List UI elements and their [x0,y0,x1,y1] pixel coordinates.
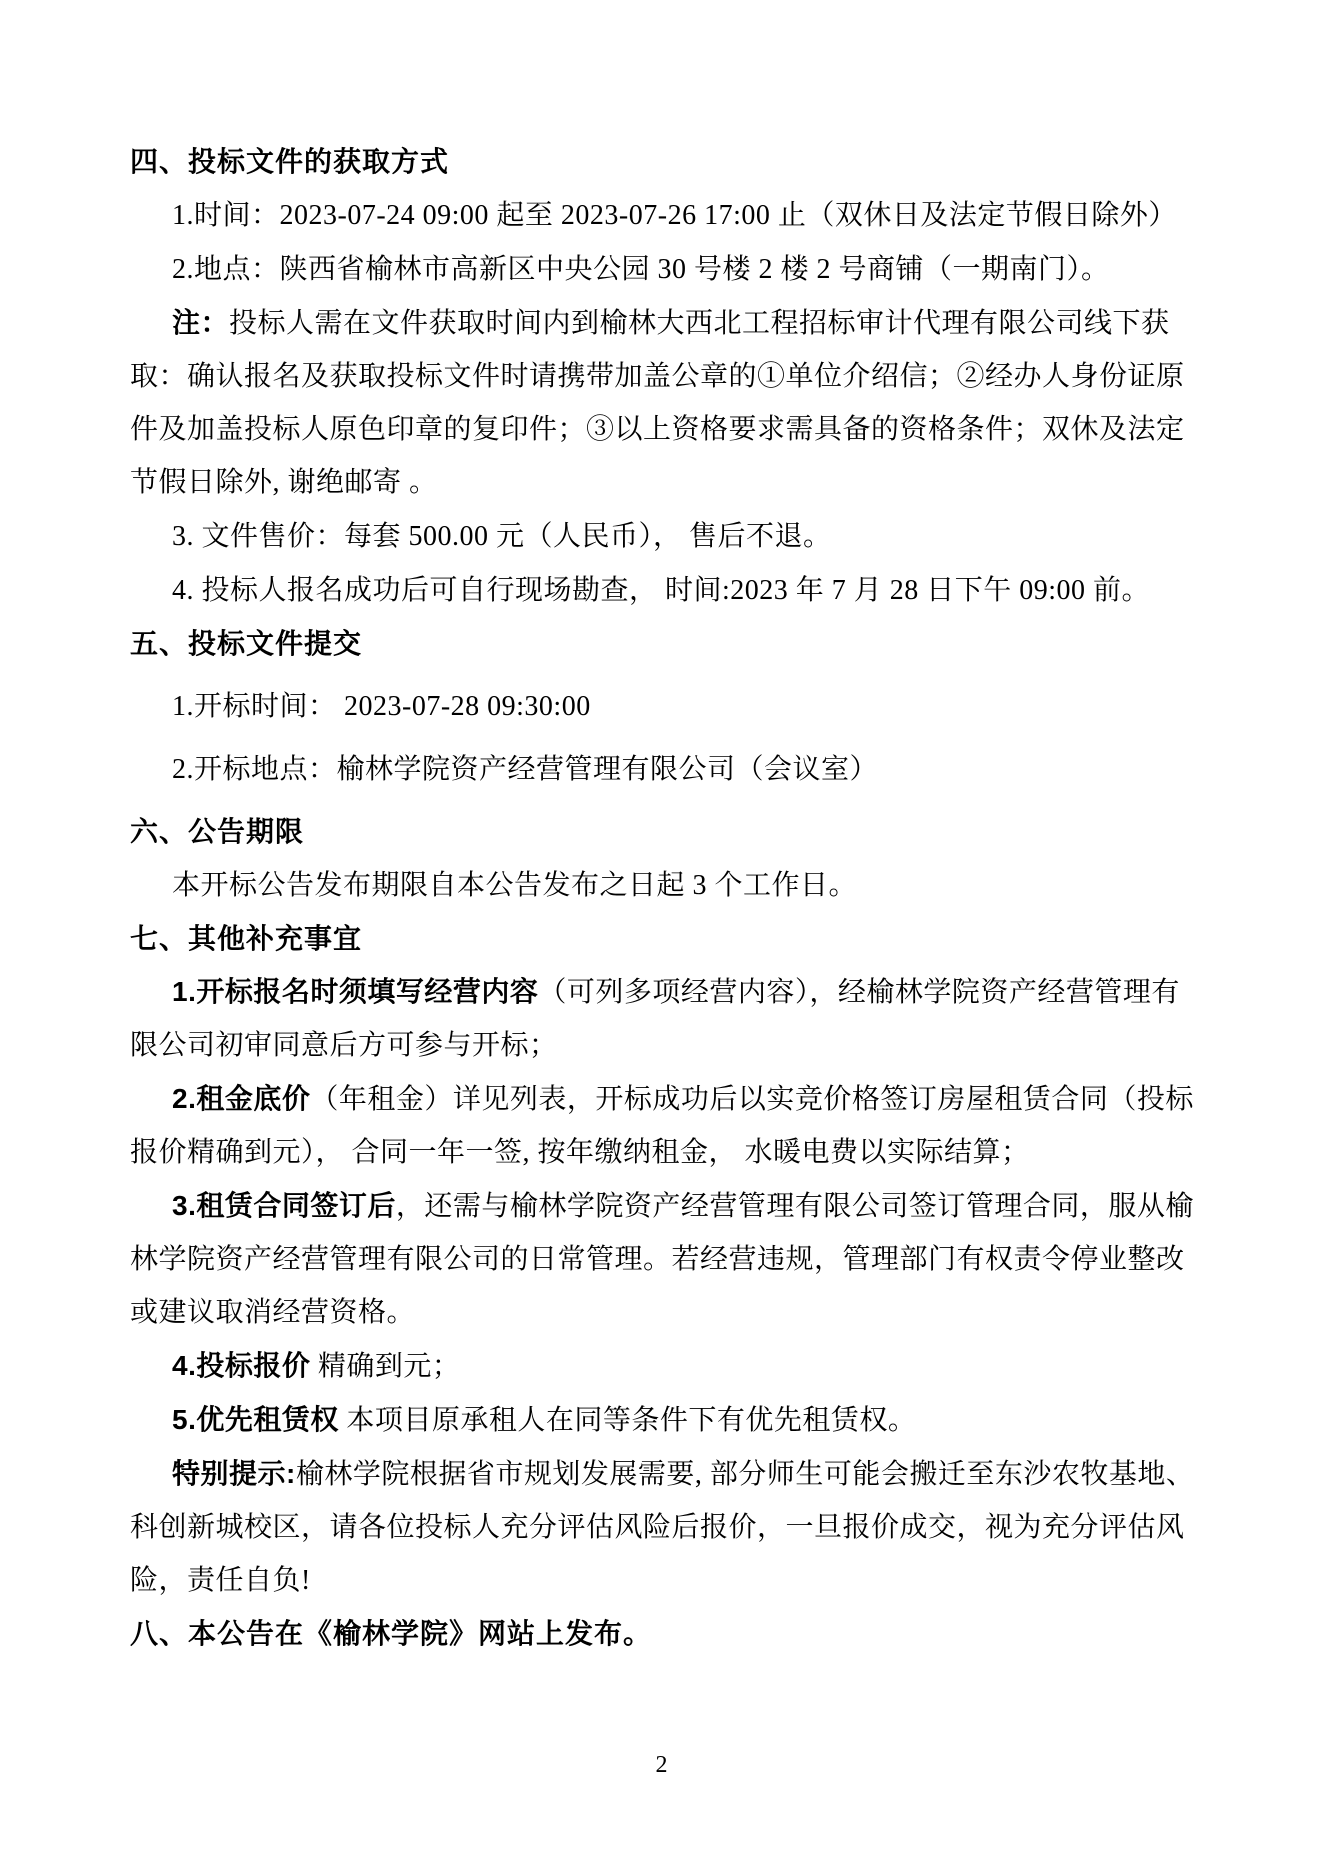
paragraph: 1.开标报名时须填写经营内容（可列多项经营内容），经榆林学院资产经营管理有限公司… [130,965,1198,1072]
paragraph: 2.租金底价（年租金）详见列表，开标成功后以实竞价格签订房屋租赁合同（投标报价精… [130,1072,1198,1179]
paragraph: 本开标公告发布期限自本公告发布之日起 3 个工作日。 [130,858,1198,912]
paragraph-bold-text: 4.投标报价 [172,1350,310,1381]
paragraph: 特别提示:榆林学院根据省市规划发展需要, 部分师生可能会搬迁至东沙农牧基地、科创… [130,1447,1198,1607]
section-heading-6: 六、公告期限 [130,805,1198,858]
paragraph-text: 1.开标时间： 2023-07-28 09:30:00 [172,691,591,722]
paragraph-bold-text: 1.开标报名时须填写经营内容 [172,976,538,1007]
paragraph: 1.时间：2023-07-24 09:00 起至 2023-07-26 17:0… [130,188,1198,242]
paragraph-text: 3. 文件售价：每套 500.00 元（人民币）， 售后不退。 [172,521,832,552]
paragraph-bold-text: 5.优先租赁权 [172,1404,339,1435]
paragraph-bold-text: 特别提示: [172,1458,296,1489]
paragraph-bold-text: 注： [172,307,229,338]
paragraph: 5.优先租赁权 本项目原承租人在同等条件下有优先租赁权。 [130,1393,1198,1447]
paragraph-text: 精确到元； [310,1351,460,1382]
paragraph-text: 本开标公告发布期限自本公告发布之日起 3 个工作日。 [172,870,857,901]
paragraph-text: 本项目原承租人在同等条件下有优先租赁权。 [339,1405,917,1436]
paragraph: 3. 文件售价：每套 500.00 元（人民币）， 售后不退。 [130,509,1198,563]
section-heading-5: 五、投标文件提交 [130,617,1198,670]
page-number: 2 [0,1752,1323,1779]
document-body: 四、投标文件的获取方式 1.时间：2023-07-24 09:00 起至 202… [130,135,1198,1660]
paragraph: 1.开标时间： 2023-07-28 09:30:00 [130,679,1198,733]
paragraph: 3.租赁合同签订后，还需与榆林学院资产经营管理有限公司签订管理合同，服从榆林学院… [130,1179,1198,1339]
paragraph-text: 2.地点：陕西省榆林市高新区中央公园 30 号楼 2 楼 2 号商铺（一期南门）… [172,254,1110,285]
section-heading-7: 七、其他补充事宜 [130,912,1198,965]
paragraph: 4. 投标人报名成功后可自行现场勘查， 时间:2023 年 7 月 28 日下午… [130,563,1198,617]
paragraph-text: 4. 投标人报名成功后可自行现场勘查， 时间:2023 年 7 月 28 日下午… [172,575,1150,606]
section-heading-8: 八、本公告在《榆林学院》网站上发布。 [130,1607,1198,1660]
paragraph-bold-text: 3.租赁合同签订后 [172,1190,396,1221]
paragraph: 4.投标报价 精确到元； [130,1339,1198,1393]
paragraph: 注：投标人需在文件获取时间内到榆林大西北工程招标审计代理有限公司线下获取：确认报… [130,296,1198,509]
section-heading-4: 四、投标文件的获取方式 [130,135,1198,188]
paragraph-text: 1.时间：2023-07-24 09:00 起至 2023-07-26 17:0… [172,200,1177,231]
paragraph-text: 投标人需在文件获取时间内到榆林大西北工程招标审计代理有限公司线下获取：确认报名及… [130,308,1185,498]
paragraph-text: 2.开标地点：榆林学院资产经营管理有限公司（会议室） [172,754,878,785]
document-page: 四、投标文件的获取方式 1.时间：2023-07-24 09:00 起至 202… [0,0,1323,1871]
paragraph: 2.地点：陕西省榆林市高新区中央公园 30 号楼 2 楼 2 号商铺（一期南门）… [130,242,1198,296]
paragraph-bold-text: 2.租金底价 [172,1083,310,1114]
paragraph: 2.开标地点：榆林学院资产经营管理有限公司（会议室） [130,742,1198,796]
